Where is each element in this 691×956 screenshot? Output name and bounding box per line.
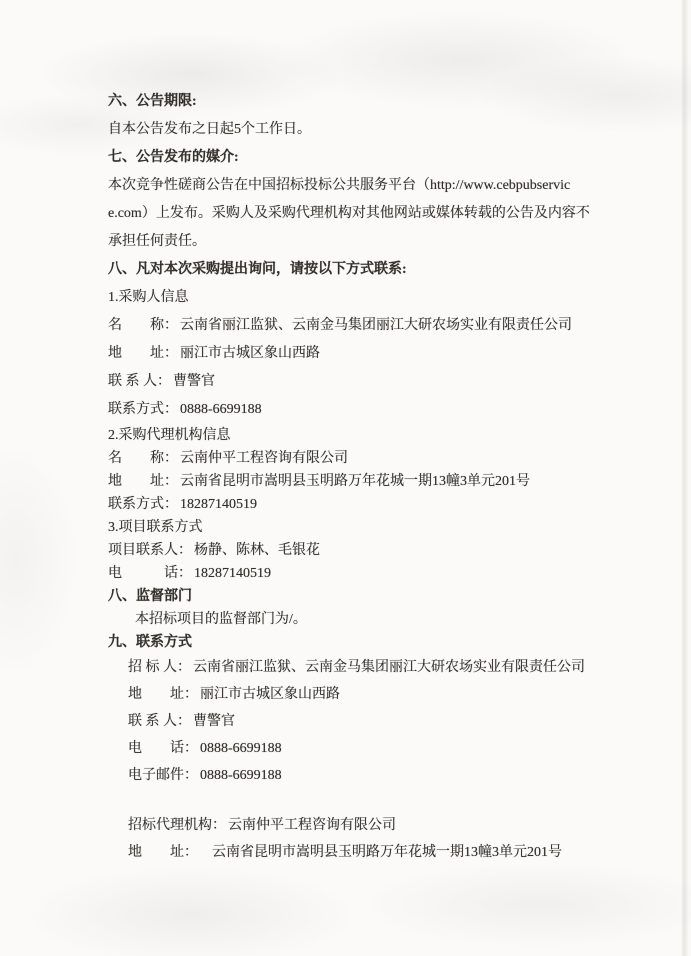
project-contact-value: 杨静、陈林、毛银花 <box>194 543 320 558</box>
purchaser-phone-row: 联系方式：0888-6699188 <box>108 396 648 424</box>
contact-address-value: 丽江市古城区象山西路 <box>200 687 340 702</box>
notice-period-heading: 六、公告期限: <box>108 88 648 116</box>
tenderer-label: 招 标 人： <box>128 660 191 675</box>
media-heading: 七、公告发布的媒介: <box>108 144 648 172</box>
contact-phone-row: 电 话：0888-6699188 <box>128 735 648 762</box>
agency-name-row: 名 称：云南仲平工程咨询有限公司 <box>108 447 648 470</box>
top-sections: 六、公告期限: 自本公告发布之日起5个工作日。 七、公告发布的媒介: 本次竞争性… <box>108 88 648 424</box>
project-contact-label: 项目联系人： <box>108 543 192 558</box>
agent-label: 招标代理机构： <box>128 818 226 833</box>
agent-address-row: 地 址：云南省昆明市嵩明县玉明路万年花城一期13幢3单元201号 <box>128 839 648 866</box>
purchaser-contact-value: 曹警官 <box>173 374 215 389</box>
contact-email-label: 电子邮件： <box>128 768 198 783</box>
supervision-heading: 八、监督部门 <box>108 585 648 608</box>
scanned-document-page: 六、公告期限: 自本公告发布之日起5个工作日。 七、公告发布的媒介: 本次竞争性… <box>0 0 691 956</box>
agency-name-value: 云南仲平工程咨询有限公司 <box>180 451 348 466</box>
agent-row: 招标代理机构：云南仲平工程咨询有限公司 <box>128 812 648 839</box>
contact-person-label: 联 系 人： <box>128 714 191 729</box>
agent-value: 云南仲平工程咨询有限公司 <box>228 818 396 833</box>
purchaser-name-value: 云南省丽江监狱、云南金马集团丽江大研农场实业有限责任公司 <box>180 318 572 333</box>
agent-rows: 招标代理机构：云南仲平工程咨询有限公司 地 址：云南省昆明市嵩明县玉明路万年花城… <box>128 812 648 866</box>
purchaser-name-row: 名 称：云南省丽江监狱、云南金马集团丽江大研农场实业有限责任公司 <box>108 312 648 340</box>
purchaser-phone-label: 联系方式： <box>108 402 178 417</box>
announcement-body: 六、公告期限: 自本公告发布之日起5个工作日。 七、公告发布的媒介: 本次竞争性… <box>108 88 648 866</box>
agency-address-value: 云南省昆明市嵩明县玉明路万年花城一期13幢3单元201号 <box>180 474 530 489</box>
agent-address-value: 云南省昆明市嵩明县玉明路万年花城一期13幢3单元201号 <box>212 845 562 860</box>
supervision-body: 本招标项目的监督部门为/。 <box>135 608 648 631</box>
agent-address-label: 地 址： <box>128 845 198 860</box>
middle-sections: 2.采购代理机构信息 名 称：云南仲平工程咨询有限公司 地 址：云南省昆明市嵩明… <box>108 424 648 654</box>
agency-name-label: 名 称： <box>108 451 178 466</box>
media-line-3: 承担任何责任。 <box>108 228 648 256</box>
media-line-2: e.com）上发布。采购人及采购代理机构对其他网站或媒体转载的公告及内容不 <box>108 200 648 228</box>
media-line-1: 本次竞争性磋商公告在中国招标投标公共服务平台（http://www.cebpub… <box>108 172 648 200</box>
project-phone-value: 18287140519 <box>194 566 271 581</box>
contact-person-row: 联 系 人：曹警官 <box>128 708 648 735</box>
agency-title: 2.采购代理机构信息 <box>108 424 648 447</box>
inquiry-heading: 八、凡对本次采购提出询问，请按以下方式联系: <box>108 256 648 284</box>
project-phone-row: 电 话：18287140519 <box>108 562 648 585</box>
contact-phone-value: 0888-6699188 <box>200 741 282 756</box>
agency-address-row: 地 址：云南省昆明市嵩明县玉明路万年花城一期13幢3单元201号 <box>108 470 648 493</box>
contact-rows: 招 标 人：云南省丽江监狱、云南金马集团丽江大研农场实业有限责任公司 地 址：丽… <box>128 654 648 789</box>
purchaser-contact-row: 联 系 人：曹警官 <box>108 368 648 396</box>
purchaser-name-label: 名 称： <box>108 318 178 333</box>
agency-phone-label: 联系方式： <box>108 497 178 512</box>
purchaser-phone-value: 0888-6699188 <box>180 402 262 417</box>
project-contact-row: 项目联系人：杨静、陈林、毛银花 <box>108 539 648 562</box>
contact-address-row: 地 址：丽江市古城区象山西路 <box>128 681 648 708</box>
contact-heading: 九、联系方式 <box>108 631 648 654</box>
tenderer-value: 云南省丽江监狱、云南金马集团丽江大研农场实业有限责任公司 <box>193 660 585 675</box>
agency-address-label: 地 址： <box>108 474 178 489</box>
notice-period-body: 自本公告发布之日起5个工作日。 <box>108 116 648 144</box>
purchaser-title: 1.采购人信息 <box>108 284 648 312</box>
project-title: 3.项目联系方式 <box>108 516 648 539</box>
agency-phone-value: 18287140519 <box>180 497 257 512</box>
contact-person-value: 曹警官 <box>193 714 235 729</box>
purchaser-address-row: 地 址：丽江市古城区象山西路 <box>108 340 648 368</box>
purchaser-address-value: 丽江市古城区象山西路 <box>180 346 320 361</box>
contact-email-row: 电子邮件：0888-6699188 <box>128 762 648 789</box>
agency-phone-row: 联系方式：18287140519 <box>108 493 648 516</box>
project-phone-label: 电 话： <box>108 566 192 581</box>
tenderer-row: 招 标 人：云南省丽江监狱、云南金马集团丽江大研农场实业有限责任公司 <box>128 654 648 681</box>
purchaser-address-label: 地 址： <box>108 346 178 361</box>
contact-email-value: 0888-6699188 <box>200 768 282 783</box>
contact-address-label: 地 址： <box>128 687 198 702</box>
contact-phone-label: 电 话： <box>128 741 198 756</box>
purchaser-contact-label: 联 系 人： <box>108 374 171 389</box>
